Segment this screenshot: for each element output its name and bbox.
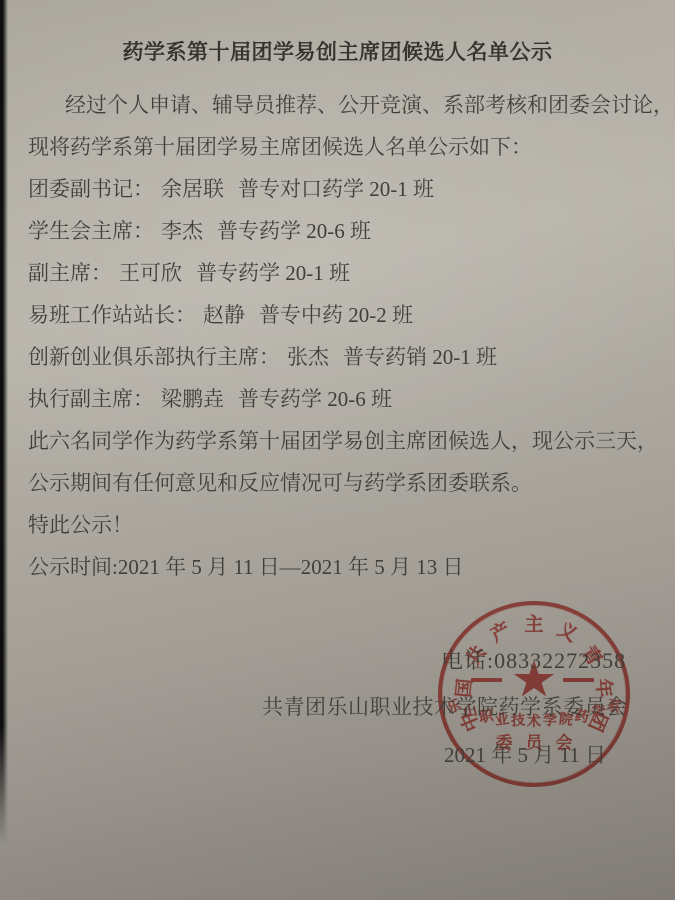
candidate-row: 学生会主席：李杰普专药学 20-6 班	[28, 210, 640, 252]
stamp-arc-char: 技	[510, 710, 525, 731]
document-photo: 药学系第十届团学易创主席团候选人名单公示 经过个人申请、辅导员推荐、公开竞演、系…	[0, 0, 675, 900]
stamp-right-bar	[563, 678, 594, 682]
hereby-announcement: 特此公示！	[28, 504, 640, 546]
candidate-row: 创新创业俱乐部执行主席：张杰普专药销 20-1 班	[28, 336, 640, 378]
candidate-role: 团委副书记：	[28, 177, 154, 201]
stamp-arc-char: 主	[524, 610, 543, 637]
stamp-arc-char: 学	[542, 710, 557, 731]
official-stamp: 委员会 中国共产主义青年团乐山职业技术学院药学系	[438, 601, 630, 787]
candidate-role: 执行副主席：	[28, 387, 154, 411]
candidate-name: 余居联	[161, 177, 224, 201]
candidate-name: 张杰	[287, 345, 329, 369]
stamp-arc-char: 业	[494, 708, 510, 730]
candidate-name: 赵静	[203, 303, 245, 327]
page-title: 药学系第十届团学易创主席团候选人名单公示	[0, 36, 675, 66]
candidate-class: 普专药学 20-1 班	[196, 261, 350, 285]
candidate-name: 李杰	[161, 219, 203, 243]
intro-line-1: 经过个人申请、辅导员推荐、公开竞演、系部考核和团委会讨论，	[28, 84, 640, 126]
intro-line-2: 现将药学系第十届团学易主席团候选人名单公示如下：	[28, 126, 640, 168]
stamp-arc-char: 院	[558, 708, 574, 730]
candidate-class: 普专中药 20-2 班	[259, 303, 413, 327]
candidate-class: 普专药学 20-6 班	[217, 219, 371, 243]
candidate-row: 执行副主席：梁鹏垚普专药学 20-6 班	[28, 378, 640, 420]
candidate-role: 副主席：	[28, 261, 112, 285]
closing-line-1: 此六名同学作为药学系第十届团学易创主席团候选人，现公示三天，	[28, 420, 640, 462]
candidate-class: 普专对口药学 20-1 班	[238, 177, 434, 201]
publicity-period: 公示时间:2021 年 5 月 11 日—2021 年 5 月 13 日	[28, 546, 640, 588]
closing-line-2: 公示期间有任何意见和反应情况可与药学系团委联系。	[28, 462, 640, 504]
stamp-bottom-text: 委员会	[483, 729, 586, 754]
stamp-arc-char: 术	[527, 711, 541, 731]
candidate-row: 易班工作站站长：赵静普专中药 20-2 班	[28, 294, 640, 336]
candidate-name: 王可欣	[119, 261, 182, 285]
candidate-class: 普专药销 20-1 班	[343, 345, 497, 369]
candidate-row: 团委副书记：余居联普专对口药学 20-1 班	[28, 168, 640, 210]
candidate-role: 创新创业俱乐部执行主席：	[28, 345, 280, 369]
document-body: 经过个人申请、辅导员推荐、公开竞演、系部考核和团委会讨论， 现将药学系第十届团学…	[28, 84, 640, 588]
candidate-name: 梁鹏垚	[161, 387, 224, 411]
candidate-role: 学生会主席：	[28, 219, 154, 243]
candidate-row: 副主席：王可欣普专药学 20-1 班	[28, 252, 640, 294]
candidate-class: 普专药学 20-6 班	[238, 387, 392, 411]
candidate-role: 易班工作站站长：	[28, 303, 196, 327]
photo-left-edge-shadow	[0, 0, 8, 845]
